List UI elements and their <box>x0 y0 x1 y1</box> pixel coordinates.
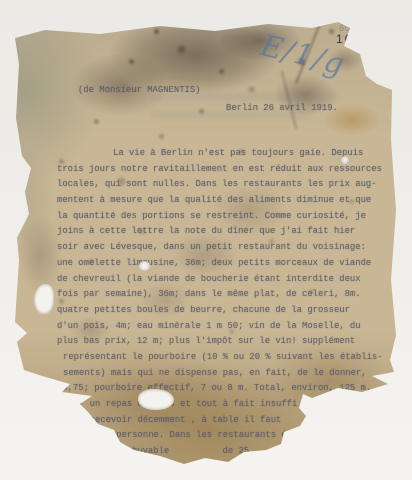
typed-line: une omelette limousine, 36m; deux petits… <box>57 256 402 272</box>
letter-body: La vie à Berlin n'est pas toujours gaie.… <box>57 146 402 460</box>
typed-line: mois) par personne. Dans les restaurants… <box>57 428 402 444</box>
typed-line: la quantité des portions se restreint. C… <box>57 209 402 225</box>
paper-hole <box>138 389 174 410</box>
paper-hole <box>139 261 150 271</box>
handwritten-classification-mark: E/1/g <box>257 28 348 83</box>
paper-hole <box>341 156 349 164</box>
sender-line: (de Monsieur MAGNENTIS) <box>78 85 201 95</box>
typed-line: 10,75; pourboire effectif, 7 ou 8 m. Tot… <box>57 381 402 397</box>
typed-line: d'un pois, 4m; eau minérale 1 m 50; vin … <box>57 319 402 335</box>
folio-number: 166 <box>336 32 362 46</box>
typed-line: représentant le pourboire (10 % ou 20 % … <box>57 350 402 366</box>
paper-hole <box>34 284 54 314</box>
typed-line: fois par semaine), 36m; dans le même pla… <box>57 287 402 303</box>
typed-line: quatre petites boules de beurre, chacune… <box>57 303 402 319</box>
torn-text-fragment: les <box>117 452 133 462</box>
typed-line: La vie à Berlin n'est pas toujours gaie.… <box>57 146 402 162</box>
typed-line: pour recevoir décemment , à table il fau… <box>57 413 402 429</box>
typed-line: joins à cette lettre la note du dîner qu… <box>57 224 402 240</box>
typed-line: trois jours notre ravitaillement en est … <box>57 162 402 178</box>
typed-line: locales, qui sont nulles. Dans les resta… <box>57 177 402 193</box>
typed-line: pour un repas mauvais et tout à fait ins… <box>57 397 402 413</box>
scan-background: 602 166 E/1/g (de Monsieur MAGNENTIS) Be… <box>0 0 412 480</box>
typed-line: mentent à mesure que la qualité des alim… <box>57 193 402 209</box>
dateline: Berlin 26 avril 1919. <box>226 103 338 113</box>
letter-page: 602 166 E/1/g (de Monsieur MAGNENTIS) Be… <box>0 0 412 480</box>
typed-line: soir avec Lévesque, dans un petit restau… <box>57 240 402 256</box>
typed-line: plus bas prix, 12 m; plus l'impôt sur le… <box>57 334 402 350</box>
typed-line: n'est buvable de 25 <box>57 444 402 460</box>
mold-specks <box>0 0 3 3</box>
typed-line: de chevreuil (la viande de boucherie éta… <box>57 272 402 288</box>
typed-line: sements) mais qui ne dispense pas, en fa… <box>57 366 402 382</box>
